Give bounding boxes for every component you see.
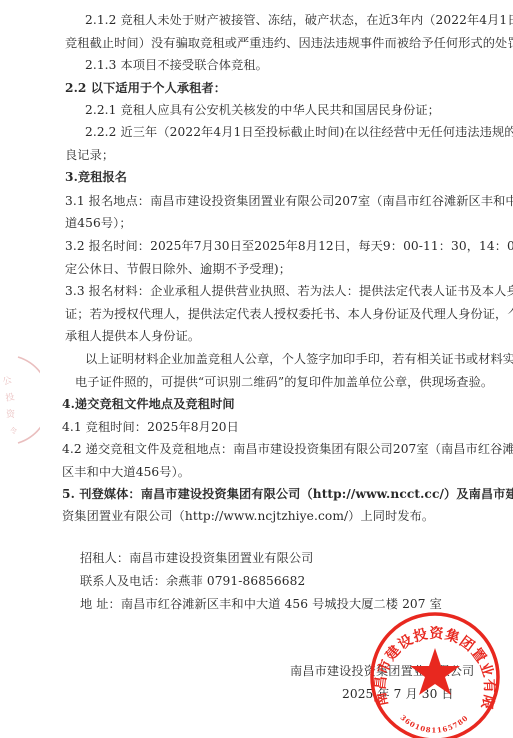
svg-text:资: 资 [6, 408, 16, 420]
text-line: 3.竞租报名 [65, 169, 127, 185]
text-line: 竞租截止时间）没有骗取竞租或严重违约、因违法违规事件而被给予任何形式的处罚； [65, 35, 513, 51]
text-line: 承租人提供本人身份证。 [65, 328, 200, 344]
text-line: 2.1.2 竞租人未处于财产被接管、冻结，破产状态，在近3年内（2022年4月1… [85, 12, 513, 28]
svg-text:令: 令 [10, 426, 17, 435]
text-line: 5. 刊登媒体：南昌市建设投资集团有限公司（http://www.ncct.cc… [62, 486, 513, 502]
text-line: 良记录； [65, 147, 114, 163]
text-line: 联系人及电话：余燕菲 0791-86856682 [80, 573, 305, 589]
text-line: 3.1 报名地点：南昌市建设投资集团置业有限公司207室（南昌市红谷滩新区丰和中… [65, 193, 513, 209]
text-line: 2.2 以下适用于个人承租者： [65, 80, 226, 96]
text-line: 2.2.1 竞租人应具有公安机关核发的中华人民共和国居民身份证； [85, 102, 440, 118]
text-line: 2.2.2 近三年（2022年4月1日至投标截止时间)在以往经营中无任何违法违规… [85, 124, 513, 140]
svg-text:3601081165780: 3601081165780 [399, 713, 471, 735]
svg-text:投: 投 [4, 391, 15, 404]
faded-seal-stamp-icon: 公 投 资 令 [0, 355, 40, 445]
text-line: 道456号）； [65, 215, 132, 231]
text-line: 4.递交竞租文件地点及竞租时间 [62, 396, 235, 412]
text-line: 4.2 递交竞租文件及竞租地点：南昌市建设投资集团有限公司207室（南昌市红谷滩… [62, 441, 513, 457]
company-seal-icon: 南昌市建设投资集团置业有限公司 3601081165780 [368, 610, 502, 738]
text-line: 2.1.3 本项目不接受联合体竞租。 [85, 57, 268, 73]
text-line: 以上证明材料企业加盖竞租人公章，个人签字加印手印，若有相关证书或材料实行 [85, 351, 513, 367]
text-line: 3.3 报名材料：企业承租人提供营业执照、若为法人：提供法定代表人证书及本人身份 [65, 283, 513, 299]
text-line: 区丰和中大道456号）。 [62, 464, 190, 480]
text-line: 3.2 报名时间：2025年7月30日至2025年8月12日，每天9：00-11… [65, 238, 513, 254]
text-line: 电子证件照的，可提供“可识别二维码”的复印件加盖单位公章，供现场查验。 [75, 374, 493, 390]
svg-text:公: 公 [1, 374, 13, 387]
text-line: 定公休日、节假日除外、逾期不予受理)； [65, 261, 291, 277]
text-line: 4.1 竞租时间：2025年8月20日 [62, 419, 239, 435]
text-line: 招租人：南昌市建设投资集团置业有限公司 [80, 550, 313, 566]
text-line: 证；若为授权代理人，提供法定代表人授权委托书、本人身份证及代理人身份证，个人 [65, 306, 513, 322]
text-line: 资集团置业有限公司（http://www.ncjtzhiye.com/）上同时发… [62, 508, 434, 524]
